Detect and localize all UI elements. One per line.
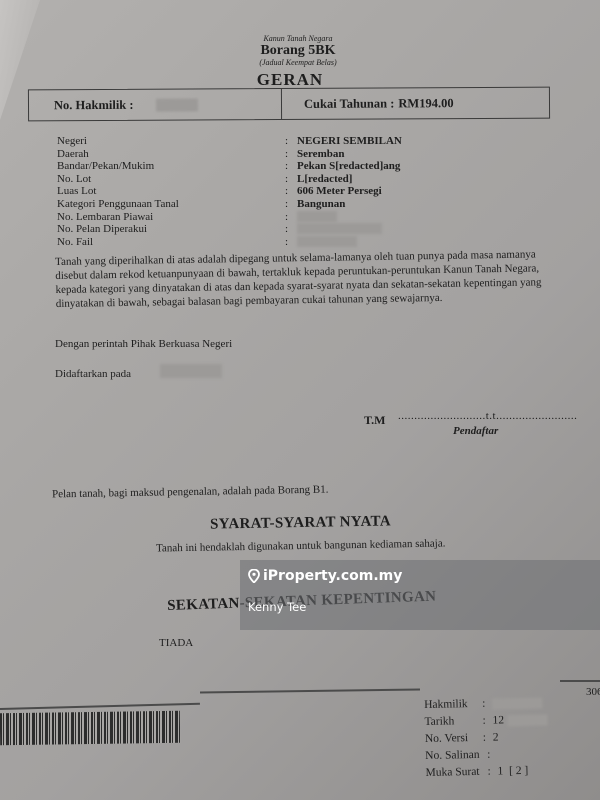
authority-text: Dengan perintah Pihak Berkuasa Negeri [55, 338, 232, 350]
field-label: No. Lembaran Piawai [57, 211, 285, 224]
land-details: Negeri:NEGERI SEMBILAN Daerah:Seremban B… [57, 135, 402, 248]
colon: : [285, 185, 297, 198]
colon: : [285, 148, 297, 161]
field-row: Negeri:NEGERI SEMBILAN [57, 135, 402, 148]
field-value: Seremban [297, 148, 344, 161]
footer-row: Muka Surat:1 [ 2 ] [425, 762, 548, 782]
colon: : [482, 696, 492, 713]
field-row: Daerah:Seremban [57, 148, 402, 161]
field-label: No. Pelan Diperakui [57, 223, 285, 236]
colon: : [285, 211, 297, 224]
field-row: Bandar/Pekan/Mukim:Pekan S[redacted]ang [57, 160, 402, 173]
field-label: Luas Lot [57, 185, 285, 198]
form-number: Borang 5BK [238, 43, 358, 59]
colon: : [487, 746, 497, 763]
footer-label: No. Versi [425, 730, 483, 748]
field-value: Pekan S[redacted]ang [297, 160, 400, 173]
field-value: 606 Meter Persegi [297, 185, 382, 198]
tenure-paragraph: Tanah yang diperihalkan di atas adalah d… [55, 247, 596, 311]
registered-label: Didaftarkan pada [55, 368, 131, 380]
cukai-label: Cukai Tahunan : [304, 96, 394, 111]
cukai-value: RM194.00 [398, 96, 453, 111]
schedule-name: (Jadual Keempat Belas) [238, 58, 358, 67]
colon: : [285, 236, 297, 249]
colon: : [285, 135, 297, 148]
footer-rule-right [560, 680, 600, 682]
field-value: Bangunan [297, 198, 345, 211]
field-value: NEGERI SEMBILAN [297, 135, 402, 148]
corner-number: 306 [586, 686, 600, 698]
barcode [0, 711, 180, 746]
field-label: Kategori Penggunaan Tanal [57, 198, 285, 211]
field-row: No. Lot:L[redacted] [57, 173, 402, 186]
footer-value: 2 [493, 729, 499, 746]
colon: : [285, 160, 297, 173]
colon: : [487, 763, 497, 780]
field-row: Luas Lot:606 Meter Persegi [57, 185, 402, 198]
signature-line: ...........................t.t..........… [398, 410, 577, 422]
redacted-value [507, 714, 547, 726]
hakmilik-redacted [155, 98, 197, 111]
registered-date-redacted [160, 364, 222, 378]
restrictions-text: TIADA [159, 637, 193, 649]
tm-label: T.M [364, 413, 385, 428]
colon: : [482, 713, 492, 730]
colon: : [285, 223, 297, 236]
conditions-heading: SYARAT-SYARAT NYATA [210, 513, 391, 533]
footer-rule-mid [200, 688, 420, 693]
colon: : [285, 198, 297, 211]
footer-label: Tarikh [424, 713, 482, 731]
colon: : [483, 730, 493, 747]
field-label: Negeri [57, 135, 285, 148]
field-value: L[redacted] [297, 173, 352, 186]
field-label: Daerah [57, 148, 285, 161]
footer-value: 1 [ 2 ] [497, 763, 528, 781]
watermark-brand-text: iProperty.com.my [263, 568, 402, 584]
redacted-value [492, 698, 542, 710]
hakmilik-label: No. Hakmilik : [54, 97, 134, 112]
act-name: Kanun Tanah Negara [238, 34, 358, 43]
footer-label: No. Salinan [425, 747, 487, 765]
watermark-agent: Kenny Tee [248, 600, 306, 614]
colon: : [285, 173, 297, 186]
field-row: No. Pelan Diperakui: [57, 223, 402, 236]
field-label: Bandar/Pekan/Mukim [57, 160, 285, 173]
redacted-value [297, 211, 337, 222]
registrar-label: Pendaftar [453, 425, 498, 437]
field-row: Kategori Penggunaan Tanal:Bangunan [57, 198, 402, 211]
field-label: No. Lot [57, 173, 285, 186]
footer-label: Muka Surat [425, 764, 487, 782]
location-pin-icon [248, 569, 260, 583]
plan-note: Pelan tanah, bagi maksud pengenalan, ada… [52, 484, 329, 501]
watermark-brand: iProperty.com.my [248, 568, 402, 584]
field-row: No. Lembaran Piawai: [57, 211, 402, 224]
redacted-value [297, 223, 382, 234]
footer-value: 12 [492, 712, 504, 729]
redacted-value [297, 236, 357, 247]
cukai-cell: Cukai Tahunan : RM194.00 [282, 88, 549, 119]
footer-label: Hakmilik [424, 696, 482, 714]
footer-metadata: Hakmilik: Tarikh:12 No. Versi:2 No. Sali… [424, 694, 548, 782]
field-row: No. Fail: [57, 236, 402, 249]
hakmilik-cell: No. Hakmilik : [29, 89, 282, 120]
title-box: No. Hakmilik : Cukai Tahunan : RM194.00 [28, 87, 550, 122]
footer-rule-left [0, 703, 200, 710]
field-label: No. Fail [57, 236, 285, 249]
conditions-text: Tanah ini hendaklah digunakan untuk bang… [156, 537, 446, 554]
